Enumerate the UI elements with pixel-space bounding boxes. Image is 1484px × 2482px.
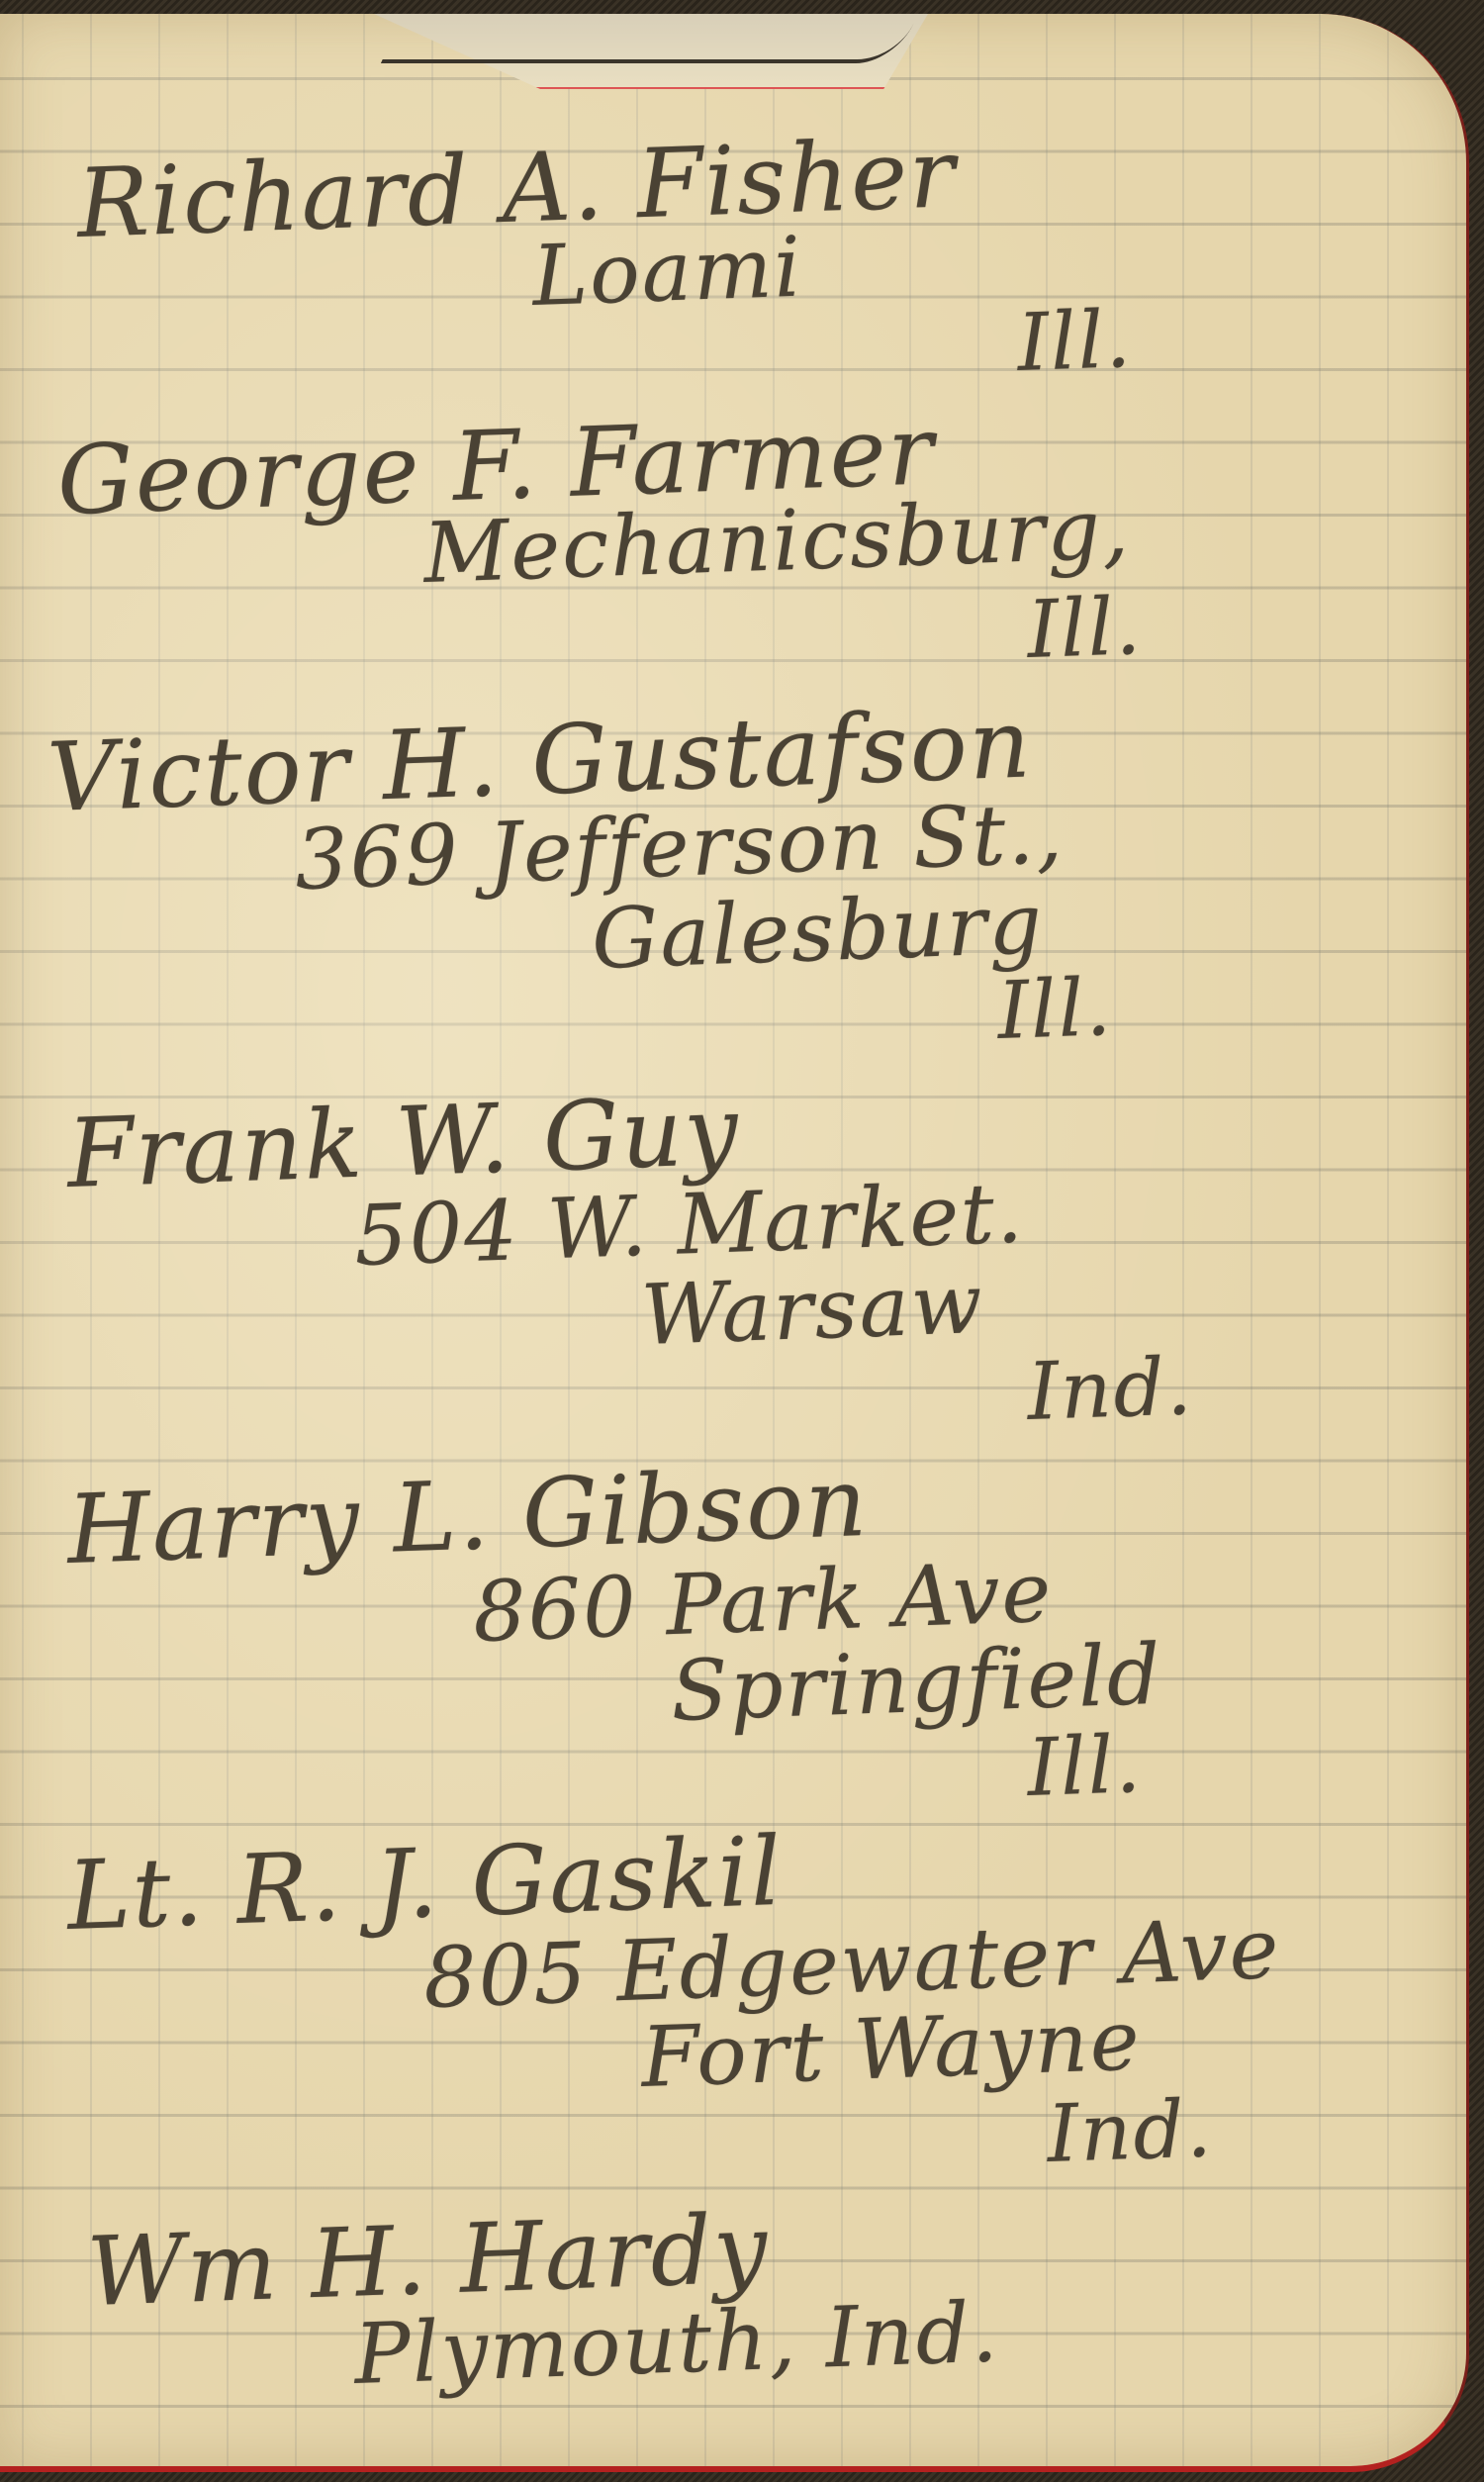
entry-state: Ind. xyxy=(1026,1340,1195,1438)
entry-state: Ill. xyxy=(1026,1718,1144,1814)
entry-line: Loami xyxy=(531,219,804,325)
entry-state: Ind. xyxy=(1046,2082,1215,2180)
entry-line: Warsaw xyxy=(640,1255,986,1364)
entry-line: Galesburg xyxy=(591,875,1046,988)
entry-state: Ill. xyxy=(1026,580,1144,676)
entry-state: Ill. xyxy=(996,961,1114,1057)
entry-state: Ill. xyxy=(1016,293,1134,389)
tab-pencil-mark xyxy=(381,20,916,63)
